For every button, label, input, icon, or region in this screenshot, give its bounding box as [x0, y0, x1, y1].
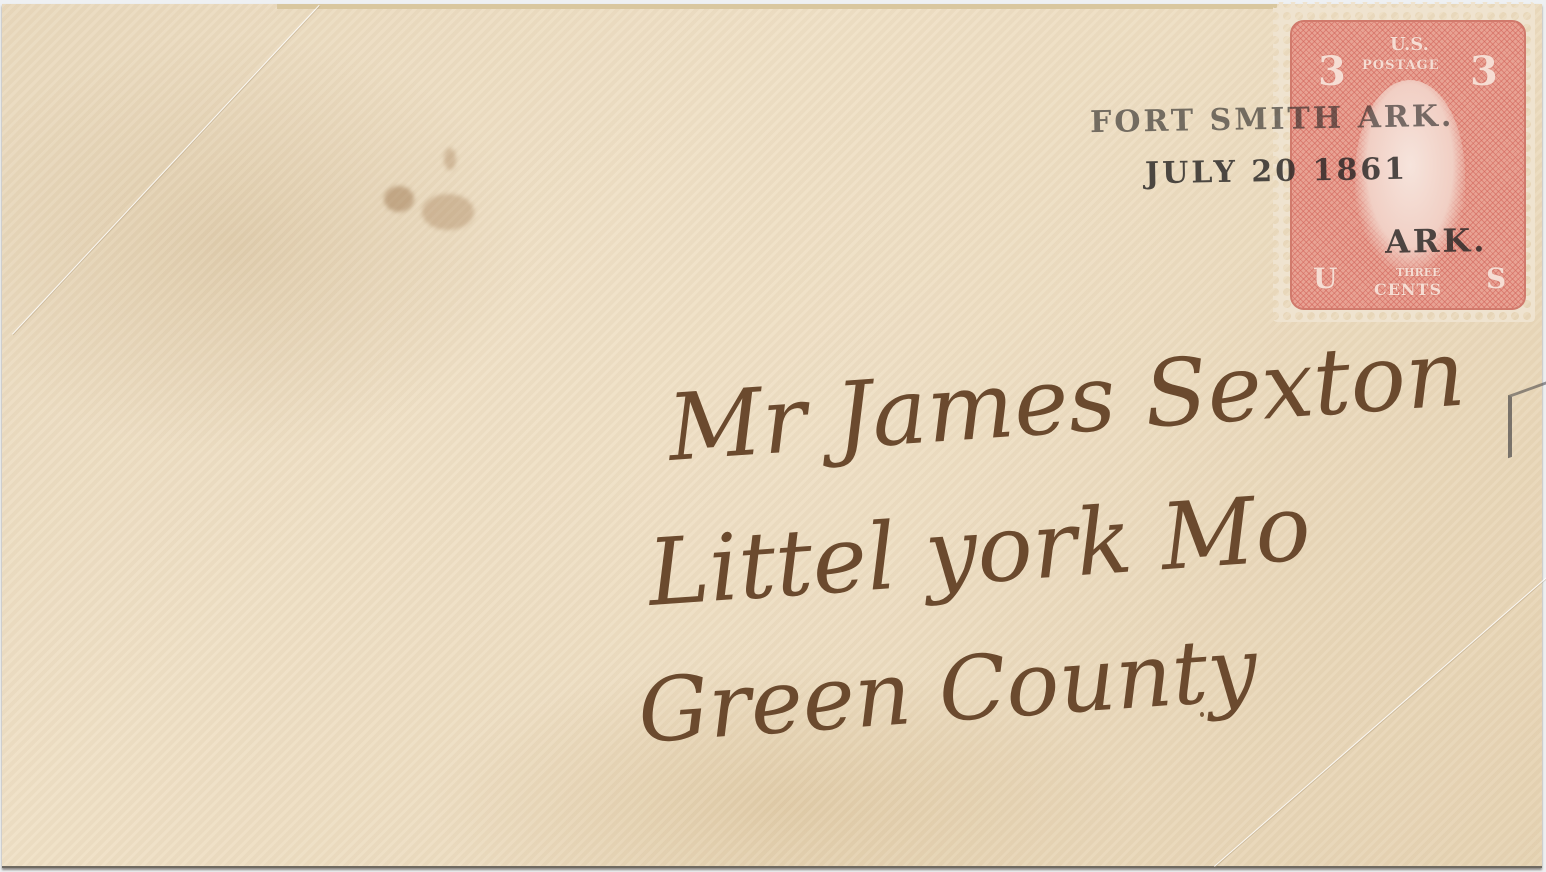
ink-stain: [384, 186, 414, 212]
ink-stain: [444, 148, 456, 170]
ink-stain: [422, 194, 474, 230]
fold-crease-left: [12, 5, 320, 335]
top-flap-edge: [277, 4, 1277, 9]
stamp-letter-u: U: [1313, 262, 1337, 295]
stamp-postage-label: POSTAGE: [1362, 58, 1440, 73]
stamp-three-label: THREE: [1396, 266, 1441, 279]
postmark-town: FORT SMITH ARK.: [1090, 99, 1455, 140]
postmark-duplicate-state: ARK.: [1385, 221, 1488, 261]
stamp-denomination-left: 3: [1318, 48, 1346, 95]
stamp-letter-s: S: [1486, 262, 1506, 295]
ink-dot: [1200, 712, 1204, 717]
stamp-denomination-right: 3: [1470, 48, 1498, 95]
scan-background: U.S. POSTAGE 3 3 U S THREE CENTS FORT SM…: [0, 0, 1546, 872]
stamp-country-label: U.S.: [1390, 34, 1429, 55]
stamp-cents-label: CENTS: [1374, 280, 1442, 299]
postmark-date: JULY 20 1861: [1145, 152, 1409, 192]
fold-crease-right: [1214, 558, 1546, 867]
